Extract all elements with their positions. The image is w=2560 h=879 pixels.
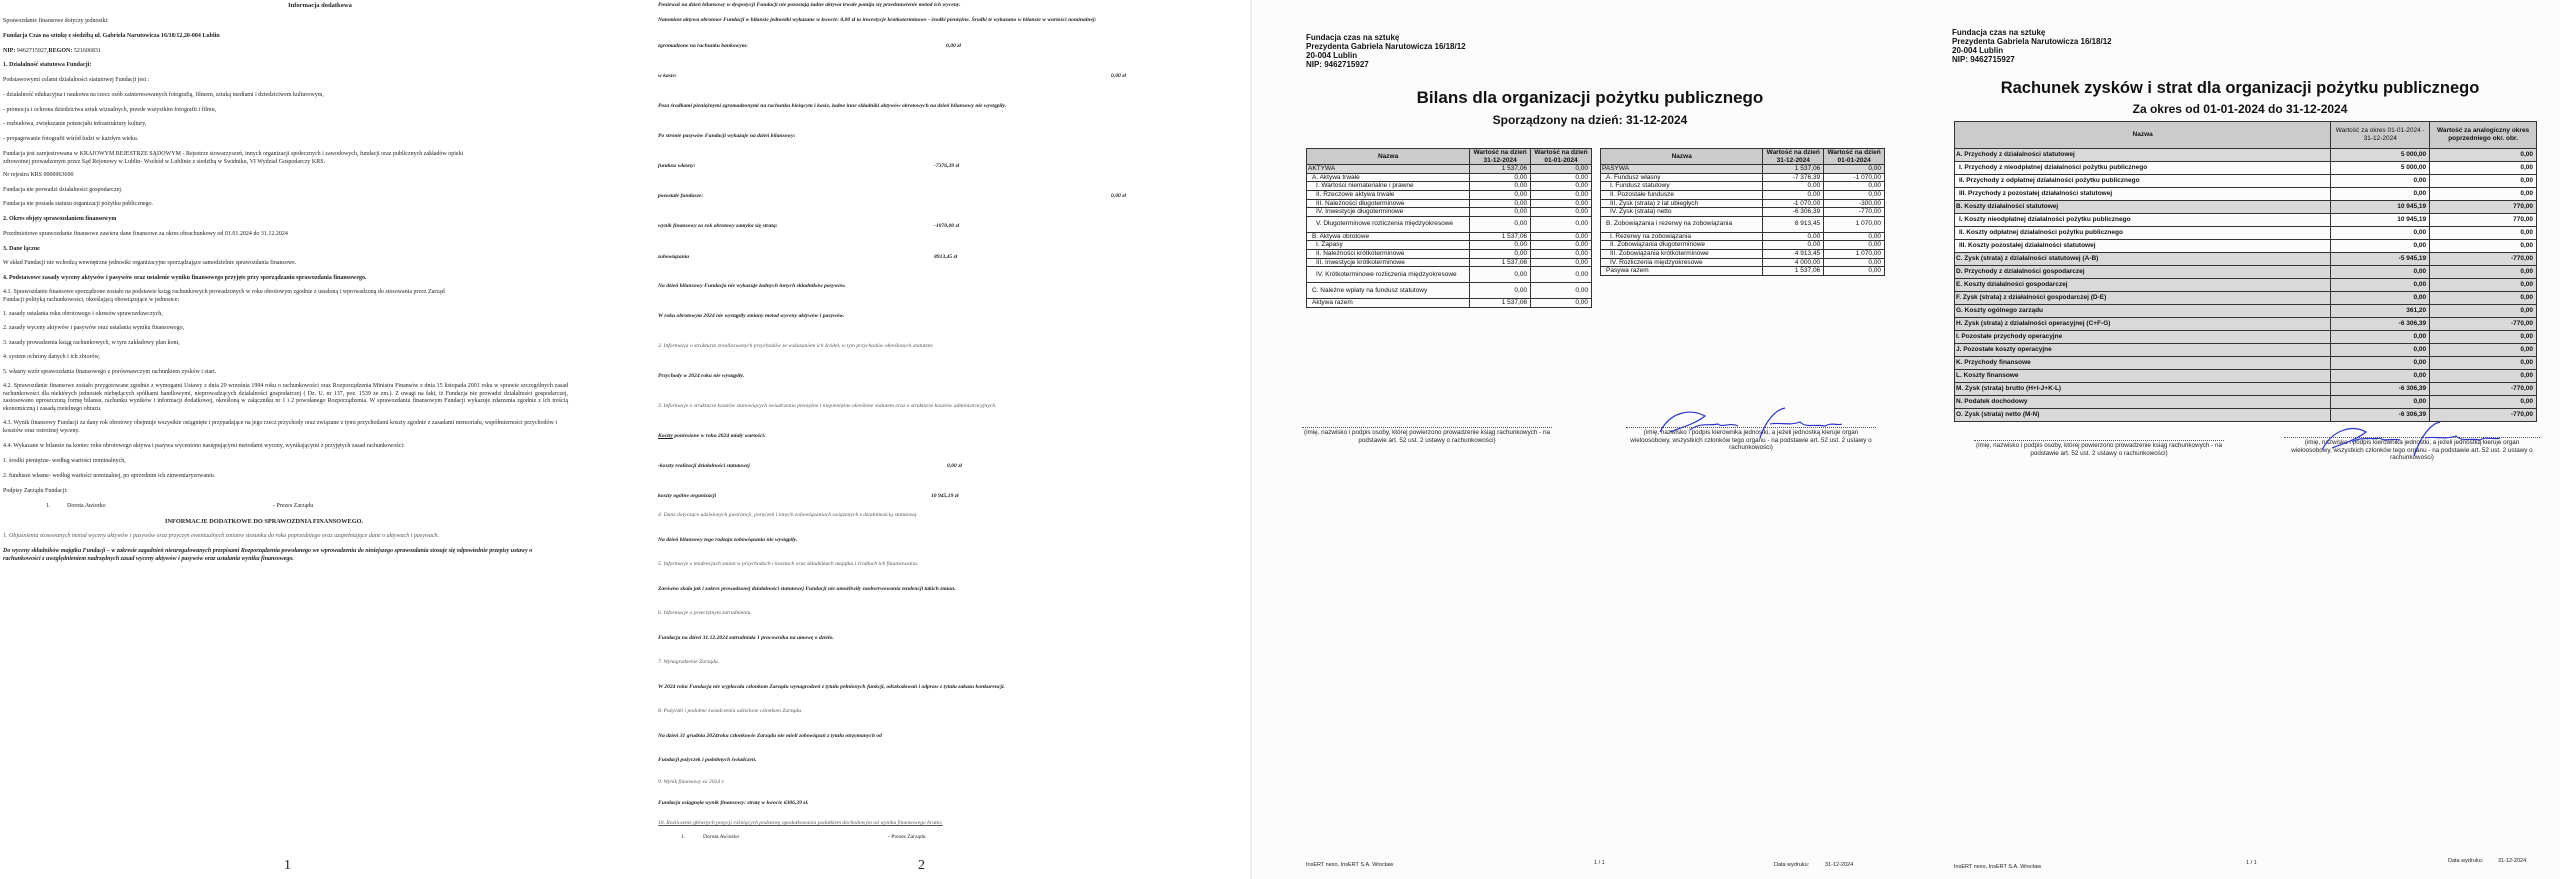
row-previous-value: -770,00 bbox=[2430, 318, 2537, 331]
row-previous-value: 0,00 bbox=[2430, 292, 2537, 305]
cost-statutory-label: -koszty realizacji działalności statutow… bbox=[658, 463, 750, 471]
section-3-heading: 3. Dane łączne bbox=[3, 246, 40, 254]
page-number: 1 bbox=[284, 858, 291, 874]
table-row: IV. Inwestycje długoterminowe0,000,00 bbox=[1307, 208, 1592, 217]
row-name: IV. Zysk (strata) netto bbox=[1601, 208, 1763, 217]
no-business-text: Fundacja nie prowadzi działalności gospo… bbox=[3, 187, 122, 195]
row-current-value: 5 000,00 bbox=[2331, 149, 2430, 162]
row-previous-value: 770,00 bbox=[2430, 214, 2537, 227]
row-name: I. Pozostałe przychody operacyjne bbox=[1955, 331, 2331, 344]
table-row: III. Inwestycje krótkoterminowe1 537,060… bbox=[1307, 258, 1592, 267]
table-row: B. Koszty działalności statutowej10 945,… bbox=[1955, 201, 2537, 214]
table-row: A. Aktywa trwałe0,000,00 bbox=[1307, 173, 1592, 182]
row-previous-value: 0,00 bbox=[1824, 267, 1885, 276]
row-current-value: 0,00 bbox=[2331, 357, 2430, 370]
section-3-text: W skład Fundacji nie wchodzą wewnętrzne … bbox=[3, 260, 296, 268]
section-4-2: 4.2. Sprawozdanie finansowe zostało przy… bbox=[3, 383, 568, 413]
row-current-value: 8 913,45 bbox=[1763, 216, 1824, 232]
section-4-3: 4.3. Wynik finansowy Fundacji za dany ro… bbox=[3, 420, 568, 435]
section-1-heading: 1. Działalność statutowa Fundacji: bbox=[3, 62, 91, 70]
row-current-value: 0,00 bbox=[2331, 188, 2430, 201]
liabilities-intro: Po stronie pasywów Fundacji wykazuje na … bbox=[658, 133, 796, 141]
row-previous-value: 0,00 bbox=[1531, 173, 1592, 182]
row-name: D. Przychody z działalności gospodarczej bbox=[1955, 266, 2331, 279]
row-previous-value: 0,00 bbox=[2430, 357, 2537, 370]
handwritten-signature bbox=[2310, 418, 2510, 458]
no-method-changes: W roku obrotowym 2024 nie wystąpiły zmia… bbox=[658, 313, 844, 321]
liabilities-table: Nazwa Wartość na dzień 31-12-2024 Wartoś… bbox=[1600, 148, 1885, 276]
table-row: C. Zysk (strata) z działalności statutow… bbox=[1955, 253, 2537, 266]
row-previous-value: 0,00 bbox=[1531, 190, 1592, 199]
question-3: 3. Informacje o strukturze kosztów stano… bbox=[658, 403, 996, 411]
row-previous-value: 0,00 bbox=[2430, 370, 2537, 383]
row-previous-value: -770,00 bbox=[2430, 253, 2537, 266]
row-current-value: 0,00 bbox=[1763, 182, 1824, 191]
row-previous-value: 1 070,00 bbox=[1824, 249, 1885, 258]
table-row: H. Zysk (strata) z działalności operacyj… bbox=[1955, 318, 2537, 331]
answer-2: Przychody w 2024 roku nie wystąpiły. bbox=[658, 373, 744, 381]
question-4: 4. Dane dotyczące udzielonych gwarancji,… bbox=[658, 512, 918, 520]
row-name: V. Długoterminowe rozliczenia międzyokre… bbox=[1307, 216, 1470, 232]
row-previous-value: 0,00 bbox=[1824, 165, 1885, 174]
row-current-value: 4 913,45 bbox=[1763, 249, 1824, 258]
info-1-answer: Do wyceny składników majątku Fundacji – … bbox=[3, 548, 568, 563]
entity-name: Fundacja Czas na sztukę z siedzibą ul. G… bbox=[3, 33, 220, 41]
row-previous-value: 0,00 bbox=[1531, 199, 1592, 208]
row-name: O. Zysk (strata) netto (M-N) bbox=[1955, 409, 2331, 422]
page-informacja-dodatkowa-2: Ponieważ na dzień bilansowy w dyspozycji… bbox=[640, 0, 1252, 879]
row-previous-value: 0,00 bbox=[1531, 216, 1592, 232]
report-subtitle: Za okres od 01-01-2024 do 31-12-2024 bbox=[1940, 102, 2540, 116]
row-name: II. Rzeczowe aktywa trwałe bbox=[1307, 190, 1470, 199]
row-current-value: 361,20 bbox=[2331, 305, 2430, 318]
obligations-label: zobowiązania bbox=[658, 254, 689, 262]
row-previous-value: -770,00 bbox=[2430, 383, 2537, 396]
table-row: AKTYWA1 537,060,00 bbox=[1307, 165, 1592, 174]
row-name: A. Fundusz własny bbox=[1601, 173, 1763, 182]
table-row: II. Rzeczowe aktywa trwałe0,000,00 bbox=[1307, 190, 1592, 199]
row-name: A. Przychody z działalności statutowej bbox=[1955, 149, 2331, 162]
row-current-value: 0,00 bbox=[1470, 190, 1531, 199]
row-previous-value: 0,00 bbox=[1531, 249, 1592, 258]
row-name: H. Zysk (strata) z działalności operacyj… bbox=[1955, 318, 2331, 331]
row-current-value: 0,00 bbox=[1470, 216, 1531, 232]
fixed-assets-text: Ponieważ na dzień bilansowy w dyspozycji… bbox=[658, 2, 960, 10]
row-previous-value: 0,00 bbox=[2430, 279, 2537, 292]
row-current-value: 0,00 bbox=[1763, 190, 1824, 199]
row-current-value: 0,00 bbox=[1470, 283, 1531, 299]
row-previous-value: 0,00 bbox=[2430, 344, 2537, 357]
table-row: III. Przychody z pozostałej działalności… bbox=[1955, 188, 2537, 201]
table-row: I. Fundusz statutowy0,000,00 bbox=[1601, 182, 1885, 191]
table-row: I. Koszty nieodpłatnej działalności poży… bbox=[1955, 214, 2537, 227]
row-current-value: 1 537,06 bbox=[1470, 232, 1531, 241]
row-current-value: 0,00 bbox=[2331, 396, 2430, 409]
costs-text: poniesione w roku 2024 miały wartości: bbox=[673, 433, 766, 439]
row-current-value: 10 945,19 bbox=[2331, 214, 2430, 227]
signatures-label: Podpisy Zarządu Fundacji: bbox=[3, 488, 68, 496]
own-fund-label: fundusz własny: bbox=[658, 163, 695, 171]
table-row: A. Fundusz własny-7 376,39-1 070,00 bbox=[1601, 173, 1885, 182]
section-4-heading: 4. Podstawowe zasady wyceny aktywów i pa… bbox=[3, 275, 367, 283]
table-row: Aktywa razem1 537,060,00 bbox=[1307, 299, 1592, 308]
row-previous-value: 0,00 bbox=[1531, 283, 1592, 299]
footer-page: 1 / 1 bbox=[1594, 860, 1605, 866]
cost-statutory-value: 0,00 zł bbox=[947, 463, 962, 469]
signer-name: Dorota Awiorko bbox=[67, 503, 106, 511]
row-name: B. Aktywa obrotowe bbox=[1307, 232, 1470, 241]
row-current-value: 0,00 bbox=[1470, 267, 1531, 283]
row-name: IV. Rozliczenia międzyokresowe bbox=[1601, 258, 1763, 267]
table-row: IV. Rozliczenia międzyokresowe4 000,000,… bbox=[1601, 258, 1885, 267]
row-name: G. Koszty ogólnego zarządu bbox=[1955, 305, 2331, 318]
profit-loss-table: Nazwa Wartość za okres 01-01-2024 - 31-1… bbox=[1954, 121, 2537, 422]
row-previous-value: 0,00 bbox=[2430, 188, 2537, 201]
row-previous-value: 0,00 bbox=[2430, 396, 2537, 409]
org-name: Fundacja czas na sztukę bbox=[1306, 33, 1466, 42]
policy-item: 4. system ochrony danych i ich zbiorów, bbox=[3, 354, 100, 362]
footer-software: InsERT nexo, InsERT S.A. Wrocław bbox=[1954, 864, 2041, 870]
question-5: 5. Informacje o tendencjach zmian w przy… bbox=[658, 561, 918, 569]
footer-page: 1 / 1 bbox=[2246, 860, 2257, 866]
table-row: PASYWA1 537,060,00 bbox=[1601, 165, 1885, 174]
row-name: K. Przychody finansowe bbox=[1955, 357, 2331, 370]
answer-6: Fundacja na dzień 31.12.2024 zatrudniała… bbox=[658, 635, 834, 643]
table-row: III. Zysk (strata) z lat ubiegłych-1 070… bbox=[1601, 199, 1885, 208]
current-assets-text: Natomiast aktywa obrotowe Fundacji w bil… bbox=[658, 16, 1238, 24]
row-current-value: 0,00 bbox=[1763, 241, 1824, 250]
row-name: M. Zysk (strata) brutto (H+I-J+K-L) bbox=[1955, 383, 2331, 396]
row-current-value: 0,00 bbox=[2331, 331, 2430, 344]
nip-regon: NIP: 9462715927,REGON: 521606831 bbox=[3, 48, 101, 56]
own-fund-value: -7376,39 zł bbox=[934, 163, 959, 169]
row-name: III. Koszty pozostałej działalności stat… bbox=[1955, 240, 2331, 253]
table-row: B. Aktywa obrotowe1 537,060,00 bbox=[1307, 232, 1592, 241]
row-name: B. Koszty działalności statutowej bbox=[1955, 201, 2331, 214]
org-nip: NIP: 9462715927 bbox=[1306, 60, 1466, 69]
policy-item: 5. własny wzór sprawozdania finansowego … bbox=[3, 369, 216, 377]
row-current-value: -7 376,39 bbox=[1763, 173, 1824, 182]
answer-8b: Fundacji pożyczek i podobnych świadczeń. bbox=[658, 757, 756, 765]
row-current-value: 5 000,00 bbox=[2331, 162, 2430, 175]
row-name: III. Inwestycje krótkoterminowe bbox=[1307, 258, 1470, 267]
row-previous-value: 0,00 bbox=[1531, 165, 1592, 174]
signature-bookkeeper: (imię, nazwisko i podpis osoby, której p… bbox=[1974, 440, 2224, 457]
page-bilans: Fundacja czas na sztukę Prezydenta Gabri… bbox=[1252, 0, 1920, 879]
row-current-value: 1 537,06 bbox=[1470, 258, 1531, 267]
result-value: -1070,00 zł bbox=[934, 223, 959, 229]
page-informacja-dodatkowa-1: Informacja dodatkowa Sprawozdanie finans… bbox=[0, 0, 640, 879]
question-2: 2. Informacja o strukturze zrealizowanyc… bbox=[658, 343, 934, 351]
row-name: Pasywa razem bbox=[1601, 267, 1763, 276]
row-current-value: -6 306,39 bbox=[2331, 318, 2430, 331]
org-header: Fundacja czas na sztukę Prezydenta Gabri… bbox=[1306, 33, 1466, 69]
table-row: L. Koszty finansowe0,000,00 bbox=[1955, 370, 2537, 383]
table-row: II. Przychody z odpłatnej działalności p… bbox=[1955, 175, 2537, 188]
table-row: I. Wartości niematerialne i prawne0,000,… bbox=[1307, 182, 1592, 191]
row-name: III. Należności długoterminowe bbox=[1307, 199, 1470, 208]
col-name: Nazwa bbox=[1307, 149, 1470, 165]
signer-number: 1. bbox=[46, 503, 51, 511]
table-row: F. Zysk (strata) z działalności gospodar… bbox=[1955, 292, 2537, 305]
org-city: 20-004 Lublin bbox=[1952, 46, 2112, 55]
policy-item: 1. zasady ustalania roku obrotowego i ok… bbox=[3, 311, 163, 319]
row-name: E. Koszty działalności gospodarczej bbox=[1955, 279, 2331, 292]
cost-general-value: 10 945,19 zł bbox=[931, 493, 959, 499]
answer-5: Zarówno skala jak i zakres prowadzonej d… bbox=[658, 586, 956, 594]
other-funds-value: 0,00 zł bbox=[1111, 193, 1126, 199]
goal-item: - propagowanie fotografii wśród ludzi w … bbox=[3, 136, 138, 144]
row-current-value: 1 537,06 bbox=[1470, 165, 1531, 174]
row-current-value: 4 000,00 bbox=[1763, 258, 1824, 267]
table-row: J. Pozostałe koszty operacyjne0,000,00 bbox=[1955, 344, 2537, 357]
row-name: II. Pozostałe fundusze bbox=[1601, 190, 1763, 199]
row-name: C. Zysk (strata) z działalności statutow… bbox=[1955, 253, 2331, 266]
row-previous-value: 0,00 bbox=[1531, 299, 1592, 308]
row-previous-value: 0,00 bbox=[1824, 190, 1885, 199]
question-10: 10. Rozliczenie głównych pozycji różniąc… bbox=[658, 820, 943, 828]
row-previous-value: 0,00 bbox=[1531, 241, 1592, 250]
signature-caption-left: (imię, nazwisko i podpis osoby, której p… bbox=[1974, 442, 2224, 457]
row-current-value: -1 070,00 bbox=[1763, 199, 1824, 208]
row-name: I. Koszty nieodpłatnej działalności poży… bbox=[1955, 214, 2331, 227]
row-previous-value: -1 070,00 bbox=[1824, 173, 1885, 182]
section-4-4: 4.4. Wykazane w bilansie na koniec roku … bbox=[3, 443, 405, 451]
info-heading: INFORMACJE DODATKOWE DO SPRAWOZDNIA FINA… bbox=[165, 518, 363, 526]
row-current-value: 1 537,06 bbox=[1470, 299, 1531, 308]
answer-4: Na dzień bilansowy tego rodzaju zobowiąz… bbox=[658, 537, 797, 545]
col-previous: Wartość na dzień 01-01-2024 bbox=[1824, 149, 1885, 165]
table-row: I. Rezerwy na zobowiązania0,000,00 bbox=[1601, 232, 1885, 241]
table-row: E. Koszty działalności gospodarczej0,000… bbox=[1955, 279, 2537, 292]
cost-general-label: koszty ogólne organizacji bbox=[658, 493, 716, 501]
row-current-value: 0,00 bbox=[2331, 370, 2430, 383]
table-row: I. Pozostałe przychody operacyjne0,000,0… bbox=[1955, 331, 2537, 344]
table-row: G. Koszty ogólnego zarządu361,200,00 bbox=[1955, 305, 2537, 318]
question-9: 9. Wynik finansowy za 2024 r. bbox=[658, 779, 724, 787]
other-assets-text: Poza środkami pieniężnymi zgromadzonymi … bbox=[658, 103, 1006, 111]
row-name: I. Przychody z nieodpłatnej działalności… bbox=[1955, 162, 2331, 175]
org-nip: NIP: 9462715927 bbox=[1952, 55, 2112, 64]
row-name: B. Zobowiązania i rezerwy na zobowiązani… bbox=[1601, 216, 1763, 232]
row-previous-value: 0,00 bbox=[1531, 182, 1592, 191]
row-current-value: 0,00 bbox=[2331, 279, 2430, 292]
table-row: II. Należności krótkoterminowe0,000,00 bbox=[1307, 249, 1592, 258]
row-current-value: 0,00 bbox=[1763, 232, 1824, 241]
row-previous-value: 0,00 bbox=[1531, 258, 1592, 267]
row-name: IV. Krótkoterminowe rozliczenia międzyok… bbox=[1307, 267, 1470, 283]
row-previous-value: 0,00 bbox=[1824, 241, 1885, 250]
row-name: IV. Inwestycje długoterminowe bbox=[1307, 208, 1470, 217]
section-2-heading: 2. Okres objęty sprawozdaniem finansowym bbox=[3, 216, 116, 224]
row-previous-value: 1 070,00 bbox=[1824, 216, 1885, 232]
col-name: Nazwa bbox=[1955, 122, 2331, 149]
info-1-question: 1. Objaśnienia stosowanych metod wyceny … bbox=[3, 533, 439, 541]
result-label: wynik finansowy za rok obrotowy zamyka s… bbox=[658, 223, 778, 231]
row-name: L. Koszty finansowe bbox=[1955, 370, 2331, 383]
table-row: II. Koszty odpłatnej działalności pożytk… bbox=[1955, 227, 2537, 240]
row-current-value: 1 537,06 bbox=[1763, 165, 1824, 174]
row-previous-value: 0,00 bbox=[2430, 266, 2537, 279]
row-previous-value: 770,00 bbox=[2430, 201, 2537, 214]
handwritten-signature bbox=[1650, 402, 1850, 442]
row-name: AKTYWA bbox=[1307, 165, 1470, 174]
question-7: 7. Wynagrodzenie Zarządu. bbox=[658, 659, 719, 667]
bank-value: 0,00 zł bbox=[946, 43, 961, 49]
col-name: Nazwa bbox=[1601, 149, 1763, 165]
row-name: A. Aktywa trwałe bbox=[1307, 173, 1470, 182]
table-row: B. Zobowiązania i rezerwy na zobowiązani… bbox=[1601, 216, 1885, 232]
table-row: D. Przychody z działalności gospodarczej… bbox=[1955, 266, 2537, 279]
row-previous-value: 0,00 bbox=[1531, 208, 1592, 217]
krs-paragraph: Fundacja jest zarejestrowana w KRAJOWYM … bbox=[3, 151, 473, 166]
table-row: II. Pozostałe fundusze0,000,00 bbox=[1601, 190, 1885, 199]
org-street: Prezydenta Gabriela Narutowicza 16/18/12 bbox=[1306, 42, 1466, 51]
org-header: Fundacja czas na sztukę Prezydenta Gabri… bbox=[1952, 28, 2112, 64]
footer-print-label: Data wydruku: bbox=[2448, 858, 2483, 864]
assets-table: Nazwa Wartość na dzień 31-12-2024 Wartoś… bbox=[1306, 148, 1592, 308]
report-subtitle: Sporządzony na dzień: 31-12-2024 bbox=[1280, 113, 1900, 127]
footer-print-date: 31-12-2024 bbox=[2498, 858, 2526, 864]
row-previous-value: 0,00 bbox=[1824, 182, 1885, 191]
row-previous-value: -770,00 bbox=[1824, 208, 1885, 217]
answer-9: Fundacja osiągnęła wynik finansowy: stra… bbox=[658, 800, 808, 808]
section-2-text: Przedmiotowe sprawozdanie finansowe zawi… bbox=[3, 231, 288, 239]
row-previous-value: 0,00 bbox=[1531, 232, 1592, 241]
row-current-value: -6 306,39 bbox=[2331, 383, 2430, 396]
row-name: N. Podatek dochodowy bbox=[1955, 396, 2331, 409]
row-current-value: -5 945,19 bbox=[2331, 253, 2430, 266]
footer-print-label: Data wydruku: bbox=[1774, 862, 1809, 868]
row-previous-value: 0,00 bbox=[2430, 331, 2537, 344]
table-row: C. Należne wpłaty na fundusz statutowy0,… bbox=[1307, 283, 1592, 299]
row-name: II. Przychody z odpłatnej działalności p… bbox=[1955, 175, 2331, 188]
row-name: II. Należności krótkoterminowe bbox=[1307, 249, 1470, 258]
row-current-value: 0,00 bbox=[1470, 249, 1531, 258]
row-previous-value: 0,00 bbox=[1824, 258, 1885, 267]
table-row: III. Należności długoterminowe0,000,00 bbox=[1307, 199, 1592, 208]
row-name: I. Rezerwy na zobowiązania bbox=[1601, 232, 1763, 241]
row-current-value: 0,00 bbox=[1470, 199, 1531, 208]
no-other-liabilities: Na dzień bilansowy Fundacja nie wykazuje… bbox=[658, 283, 846, 291]
row-current-value: 0,00 bbox=[1470, 182, 1531, 191]
table-row: V. Długoterminowe rozliczenia międzyokre… bbox=[1307, 216, 1592, 232]
question-8: 8. Pożyczki i podobne świadczenia udziel… bbox=[658, 708, 802, 716]
col-current: Wartość na dzień 31-12-2024 bbox=[1763, 149, 1824, 165]
org-city: 20-004 Lublin bbox=[1306, 51, 1466, 60]
report-title: Bilans dla organizacji pożytku publiczne… bbox=[1280, 88, 1900, 108]
obligations-value: 8913,45 zł bbox=[934, 254, 957, 260]
goal-item: - działalność edukacyjna i naukowa na rz… bbox=[3, 92, 324, 100]
table-row: III. Zobowiązania krótkoterminowe4 913,4… bbox=[1601, 249, 1885, 258]
table-row: K. Przychody finansowe0,000,00 bbox=[1955, 357, 2537, 370]
row-name: III. Zysk (strata) z lat ubiegłych bbox=[1601, 199, 1763, 208]
row-current-value: -6 306,39 bbox=[1763, 208, 1824, 217]
policy-item: 3. zasady prowadzenia ksiąg rachunkowych… bbox=[3, 340, 180, 348]
nip-label: NIP: bbox=[3, 48, 15, 54]
krs-number: Nr rejestru KRS 0000963690 bbox=[3, 172, 74, 180]
table-row: N. Podatek dochodowy0,000,00 bbox=[1955, 396, 2537, 409]
row-name: II. Koszty odpłatnej działalności pożytk… bbox=[1955, 227, 2331, 240]
signature-caption-left: (imię, nazwisko i podpis osoby, której p… bbox=[1302, 429, 1552, 444]
row-name: PASYWA bbox=[1601, 165, 1763, 174]
row-current-value: 1 537,06 bbox=[1763, 267, 1824, 276]
footer-software: InsERT nexo, InsERT S.A. Wrocław bbox=[1306, 862, 1393, 868]
regon-value: 521606831 bbox=[74, 48, 101, 54]
section-1-intro: Podstawowymi celami działalności statuto… bbox=[3, 77, 149, 85]
row-previous-value: 0,00 bbox=[2430, 240, 2537, 253]
col-previous: Wartość za analogiczny okres poprzednieg… bbox=[2430, 122, 2537, 149]
cash-label: w kasie: bbox=[658, 73, 677, 81]
signature-bookkeeper: (imię, nazwisko i podpis osoby, której p… bbox=[1302, 427, 1552, 444]
nip-value: 9462715927 bbox=[17, 48, 47, 54]
valuation-item: 1. środki pieniężne- według wartości nom… bbox=[3, 458, 126, 466]
intro-text: Sprawozdanie finansowe dotyczy jednostki… bbox=[3, 18, 109, 26]
table-row: I. Przychody z nieodpłatnej działalności… bbox=[1955, 162, 2537, 175]
signer-role: - Prezes Zarządu bbox=[273, 503, 313, 511]
row-current-value: 0,00 bbox=[2331, 175, 2430, 188]
section-4-1: 4.1. Sprawozdanie finansowe sporządzone … bbox=[3, 289, 463, 304]
row-name: J. Pozostałe koszty operacyjne bbox=[1955, 344, 2331, 357]
row-name: C. Należne wpłaty na fundusz statutowy bbox=[1307, 283, 1470, 299]
row-previous-value: 0,00 bbox=[2430, 305, 2537, 318]
answer-8a: Na dzień 31 grudnia 2024roku członkowie … bbox=[658, 733, 882, 741]
footer-print-date: 31-12-2024 bbox=[1825, 862, 1853, 868]
row-name: I. Fundusz statutowy bbox=[1601, 182, 1763, 191]
row-current-value: 0,00 bbox=[1470, 173, 1531, 182]
row-name: F. Zysk (strata) z działalności gospodar… bbox=[1955, 292, 2331, 305]
question-6: 6. Informacje o przeciętnym zatrudnieniu… bbox=[658, 610, 752, 618]
table-row: I. Zapasy0,000,00 bbox=[1307, 241, 1592, 250]
policy-item: 2. zasady wyceny aktywów i pasywów oraz … bbox=[3, 325, 184, 333]
col-previous: Wartość na dzień 01-01-2024 bbox=[1531, 149, 1592, 165]
row-current-value: 0,00 bbox=[2331, 344, 2430, 357]
signer-name: Dorota Awiorko bbox=[703, 834, 739, 842]
row-current-value: 0,00 bbox=[2331, 227, 2430, 240]
table-row: IV. Zysk (strata) netto-6 306,39-770,00 bbox=[1601, 208, 1885, 217]
row-previous-value: 0,00 bbox=[2430, 162, 2537, 175]
col-current: Wartość za okres 01-01-2024 - 31-12-2024 bbox=[2331, 122, 2430, 149]
table-row: A. Przychody z działalności statutowej5 … bbox=[1955, 149, 2537, 162]
row-current-value: 0,00 bbox=[2331, 266, 2430, 279]
table-row: Pasywa razem1 537,060,00 bbox=[1601, 267, 1885, 276]
no-opp-text: Fundacja nie posiada statusu organizacji… bbox=[3, 201, 153, 209]
report-title: Rachunek zysków i strat dla organizacji … bbox=[1940, 79, 2540, 98]
row-previous-value: 0,00 bbox=[2430, 149, 2537, 162]
doc-title: Informacja dodatkowa bbox=[0, 2, 640, 9]
bank-label: zgromadzone na rachunku bankowym: bbox=[658, 43, 748, 51]
row-current-value: 0,00 bbox=[1470, 208, 1531, 217]
costs-underlined: Koszty bbox=[658, 433, 673, 439]
row-previous-value: -300,00 bbox=[1824, 199, 1885, 208]
page-number: 2 bbox=[918, 858, 925, 874]
answer-7: W 2024 roku Fundacja nie wypłacała człon… bbox=[658, 684, 1005, 692]
table-row: II. Zobowiązania długoterminowe0,000,00 bbox=[1601, 241, 1885, 250]
row-name: I. Zapasy bbox=[1307, 241, 1470, 250]
other-funds-label: pozostałe fundusze: bbox=[658, 193, 703, 201]
answer-3: Koszty poniesione w roku 2024 miały wart… bbox=[658, 433, 766, 441]
row-current-value: 10 945,19 bbox=[2331, 201, 2430, 214]
org-street: Prezydenta Gabriela Narutowicza 16/18/12 bbox=[1952, 37, 2112, 46]
row-name: III. Zobowiązania krótkoterminowe bbox=[1601, 249, 1763, 258]
row-previous-value: 0,00 bbox=[1531, 267, 1592, 283]
org-name: Fundacja czas na sztukę bbox=[1952, 28, 2112, 37]
regon-label: REGON: bbox=[48, 48, 72, 54]
row-name: I. Wartości niematerialne i prawne bbox=[1307, 182, 1470, 191]
row-previous-value: 0,00 bbox=[2430, 227, 2537, 240]
row-current-value: 0,00 bbox=[2331, 292, 2430, 305]
row-name: Aktywa razem bbox=[1307, 299, 1470, 308]
